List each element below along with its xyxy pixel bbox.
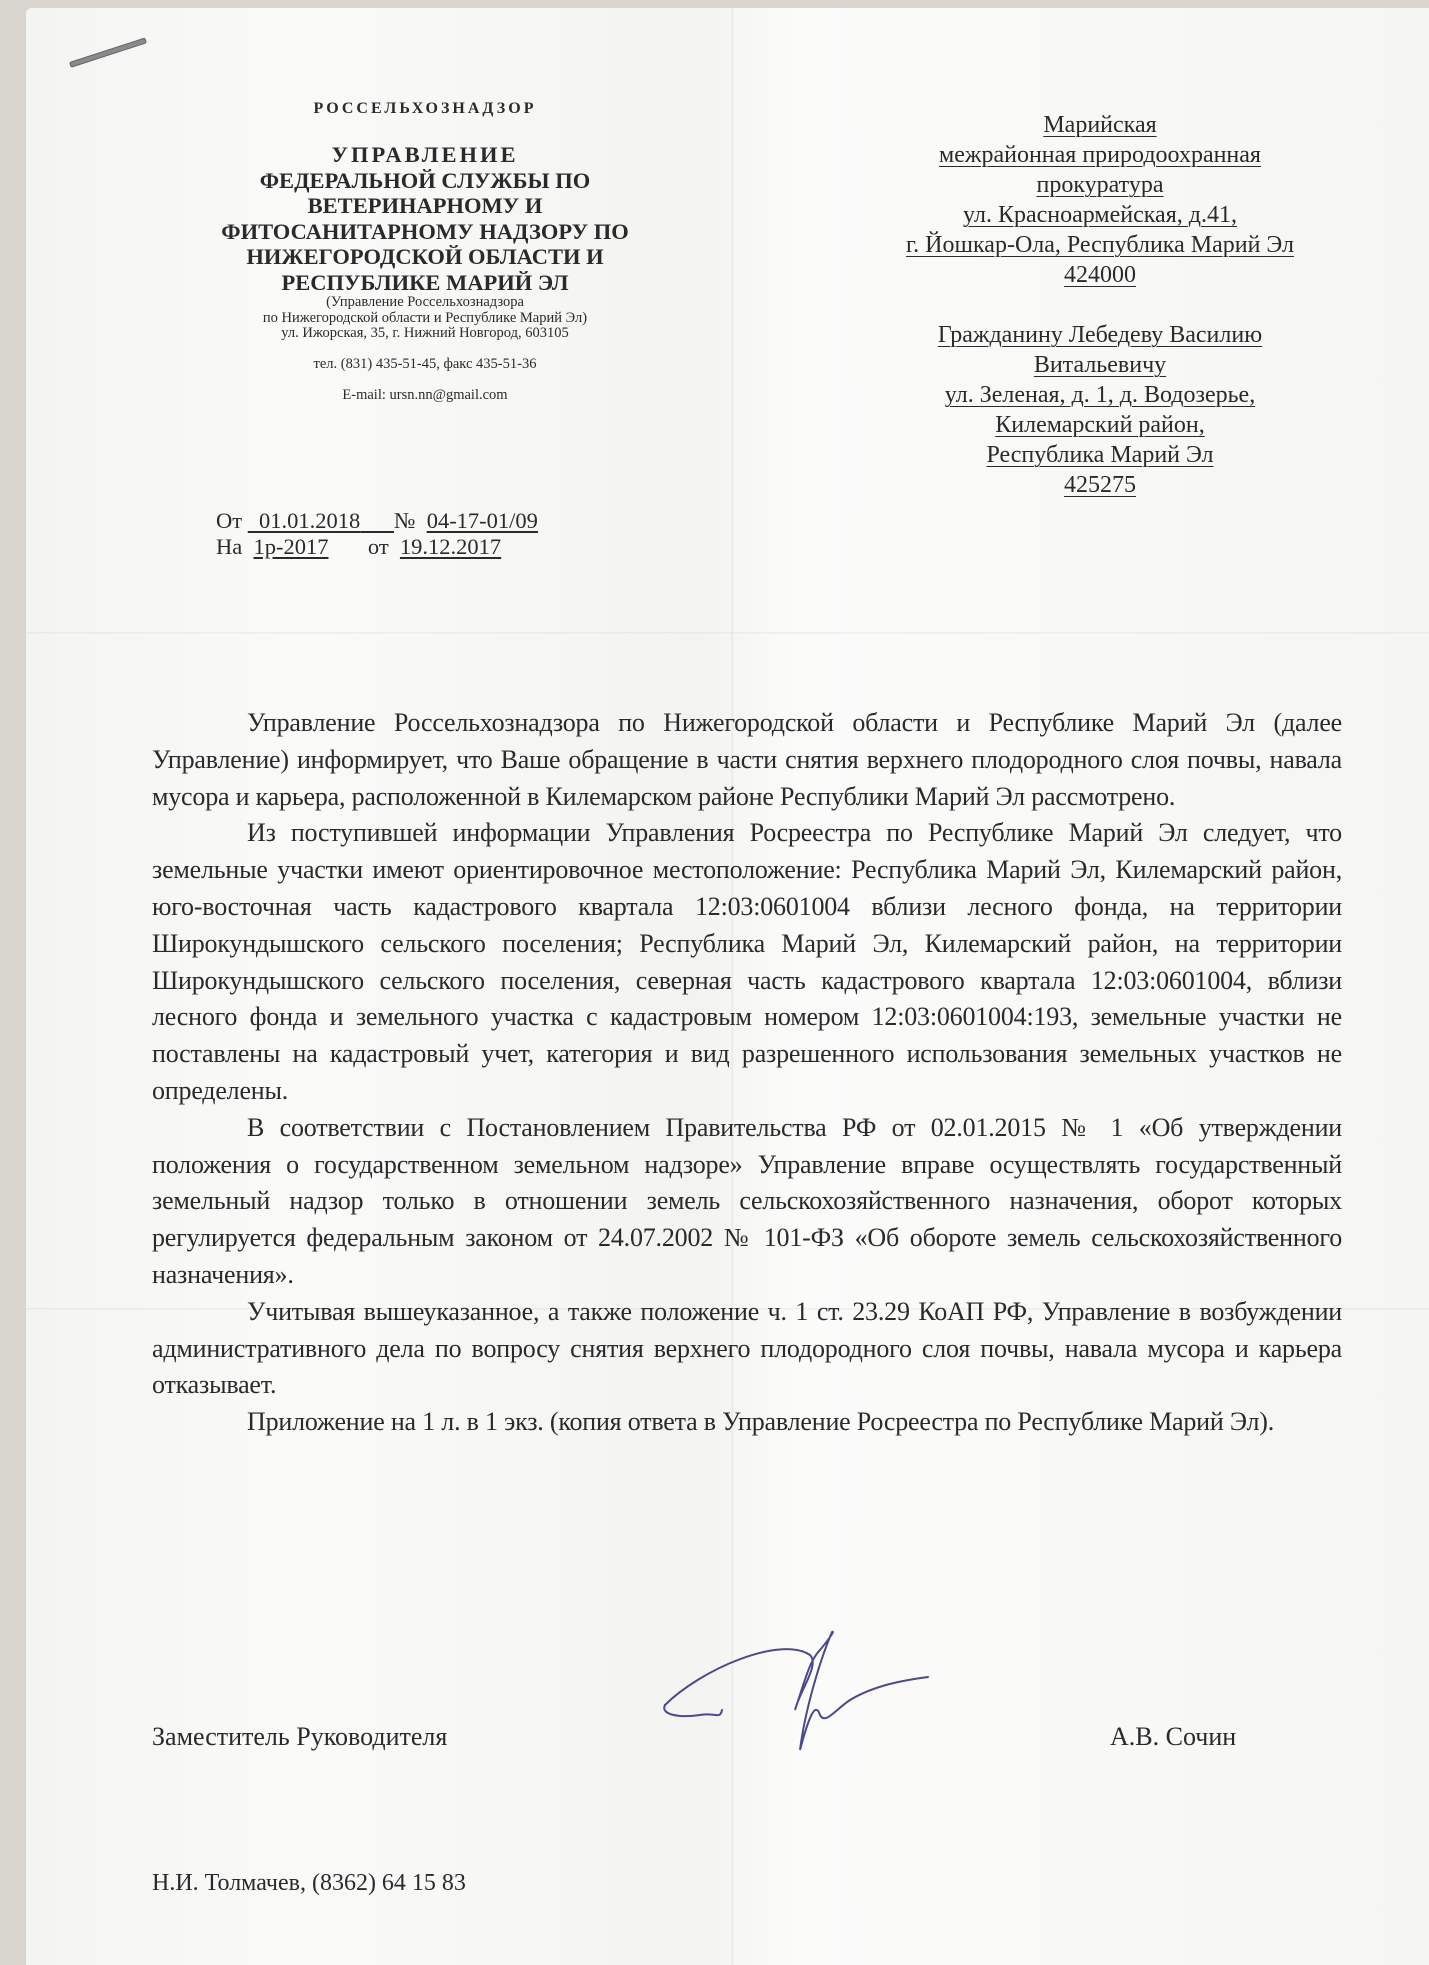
recipient-prosecutor: Марийская межрайонная природоохранная пр… — [840, 110, 1360, 290]
body-paragraph: В соответствии с Постановлением Правител… — [152, 1110, 1342, 1294]
recipients-block: Марийская межрайонная природоохранная пр… — [840, 110, 1360, 500]
paper-fold — [26, 632, 1429, 634]
body-paragraph: Управление Россельхознадзора по Нижегоро… — [152, 705, 1342, 815]
executor-contact: Н.И. Толмачев, (8362) 64 15 83 — [152, 1870, 466, 1897]
sender-email: E-mail: ursn.nn@gmail.com — [180, 387, 670, 404]
sender-block: РОССЕЛЬХОЗНАДЗОР УПРАВЛЕНИЕ ФЕДЕРАЛЬНОЙ … — [180, 100, 670, 404]
recipient-citizen: Гражданину Лебедеву Василию Витальевичу … — [840, 320, 1360, 500]
outgoing-date: 01.01.2018 — [259, 508, 360, 533]
agency-full-name: УПРАВЛЕНИЕ ФЕДЕРАЛЬНОЙ СЛУЖБЫ ПО ВЕТЕРИН… — [180, 142, 670, 295]
incoming-number: 1р-2017 — [254, 534, 329, 559]
reference-block: От 01.01.2018 № 04-17-01/09 На 1р-2017 о… — [216, 508, 538, 560]
outgoing-number: 04-17-01/09 — [427, 508, 538, 533]
incoming-date: 19.12.2017 — [400, 534, 501, 559]
signer-name: А.В. Сочин — [1110, 1722, 1236, 1752]
body-paragraph: Приложение на 1 л. в 1 экз. (копия ответ… — [152, 1404, 1342, 1441]
body-paragraph: Из поступившей информации Управления Рос… — [152, 815, 1342, 1109]
sender-address: ул. Ижорская, 35, г. Нижний Новгород, 60… — [180, 326, 670, 342]
agency-short-name: РОССЕЛЬХОЗНАДЗОР — [180, 100, 670, 118]
sender-phone: тел. (831) 435-51-45, факс 435-51-36 — [180, 356, 670, 373]
letter-body: Управление Россельхознадзора по Нижегоро… — [152, 705, 1342, 1441]
body-paragraph: Учитывая вышеуказанное, а также положени… — [152, 1294, 1342, 1404]
agency-abbreviation: (Управление Россельхознадзора по Нижегор… — [180, 295, 670, 342]
handwritten-signature-icon — [660, 1630, 950, 1760]
signer-title: Заместитель Руководителя — [152, 1722, 447, 1752]
